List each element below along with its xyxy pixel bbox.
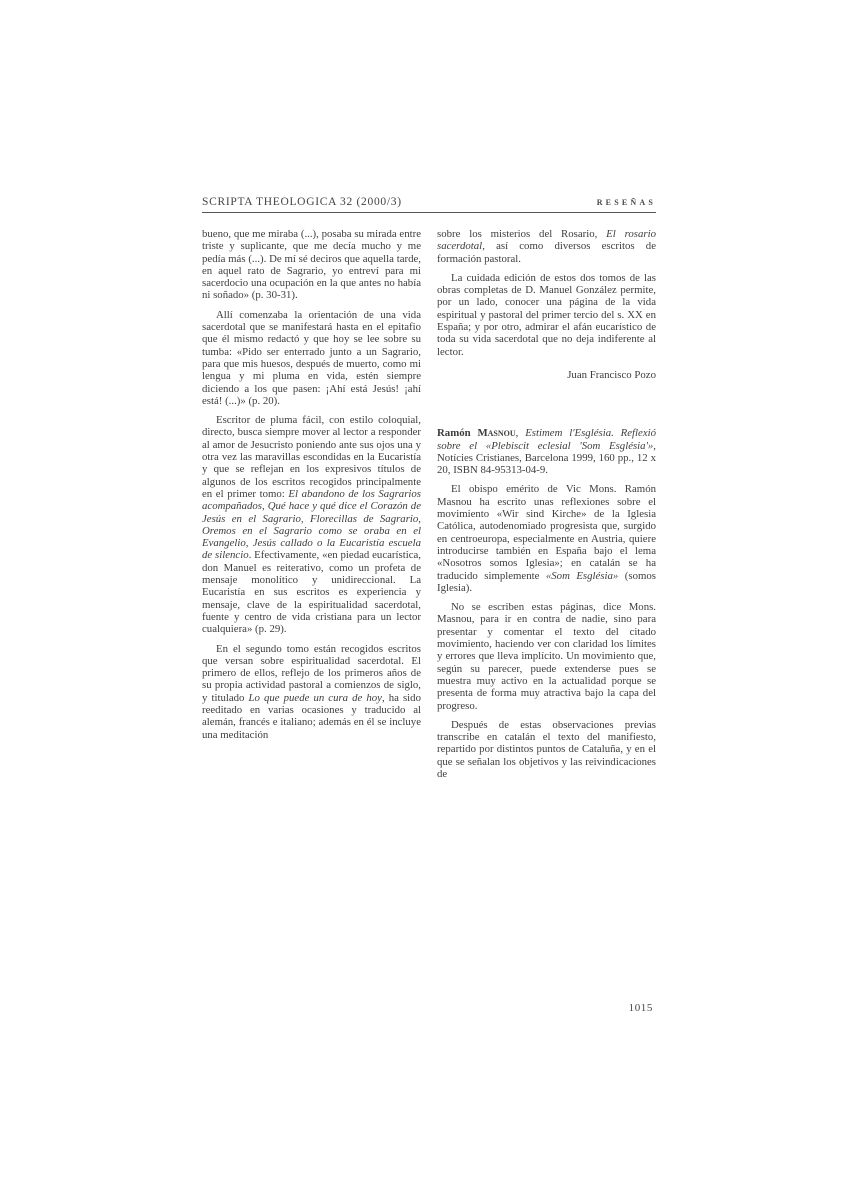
text-run: sobre los misterios del Rosario, xyxy=(437,228,606,240)
paragraph: En el segundo tomo están recogidos escri… xyxy=(202,643,421,741)
paragraph: sobre los misterios del Rosario, El rosa… xyxy=(437,228,656,265)
text-run: , xyxy=(516,427,526,439)
text-run: El obispo emérito de Vic Mons. Ramón Mas… xyxy=(437,483,656,581)
section-label: RESEÑAS xyxy=(597,198,656,207)
paragraph: Escritor de pluma fácil, con estilo colo… xyxy=(202,414,421,635)
text-run: . Efectivamente, «en piedad eucarística,… xyxy=(202,549,421,635)
paragraph: Allí comenzaba la orientación de una vid… xyxy=(202,309,421,407)
left-column: bueno, que me miraba (...), posaba su mi… xyxy=(202,228,421,780)
text-run: Masnou xyxy=(477,427,515,439)
header-rule xyxy=(202,212,656,213)
text-run: Lo que puede un cura de hoy xyxy=(249,692,382,704)
text-run: «Som Església» xyxy=(546,570,618,582)
page-number: 1015 xyxy=(629,1002,653,1014)
text-run: La cuidada edición de estos dos tomos de… xyxy=(437,272,656,358)
journal-title: SCRIPTA THEOLOGICA 32 (2000/3) xyxy=(202,196,402,208)
text-run: No se escriben estas páginas, dice Mons.… xyxy=(437,601,656,711)
reviewer-signature: Juan Francisco Pozo xyxy=(437,369,656,381)
text-run: bueno, que me miraba (...), posaba su mi… xyxy=(202,228,421,301)
paragraph: No se escriben estas páginas, dice Mons.… xyxy=(437,601,656,712)
paragraph: El obispo emérito de Vic Mons. Ramón Mas… xyxy=(437,483,656,594)
text-run: Ramón xyxy=(437,427,477,439)
page-header: SCRIPTA THEOLOGICA 32 (2000/3) RESEÑAS xyxy=(202,196,656,208)
paragraph: Después de estas observaciones previas t… xyxy=(437,719,656,780)
right-column: sobre los misterios del Rosario, El rosa… xyxy=(437,228,656,780)
text-run: Allí comenzaba la orientación de una vid… xyxy=(202,309,421,407)
two-column-text: bueno, que me miraba (...), posaba su mi… xyxy=(202,228,656,780)
journal-page: SCRIPTA THEOLOGICA 32 (2000/3) RESEÑAS b… xyxy=(202,196,656,1036)
book-citation: Ramón Masnou, Estimem l'Església. Reflex… xyxy=(437,427,656,476)
text-run: Juan Francisco Pozo xyxy=(567,369,656,381)
paragraph: bueno, que me miraba (...), posaba su mi… xyxy=(202,228,421,302)
text-run: Después de estas observaciones previas t… xyxy=(437,719,656,780)
paragraph: La cuidada edición de estos dos tomos de… xyxy=(437,272,656,358)
